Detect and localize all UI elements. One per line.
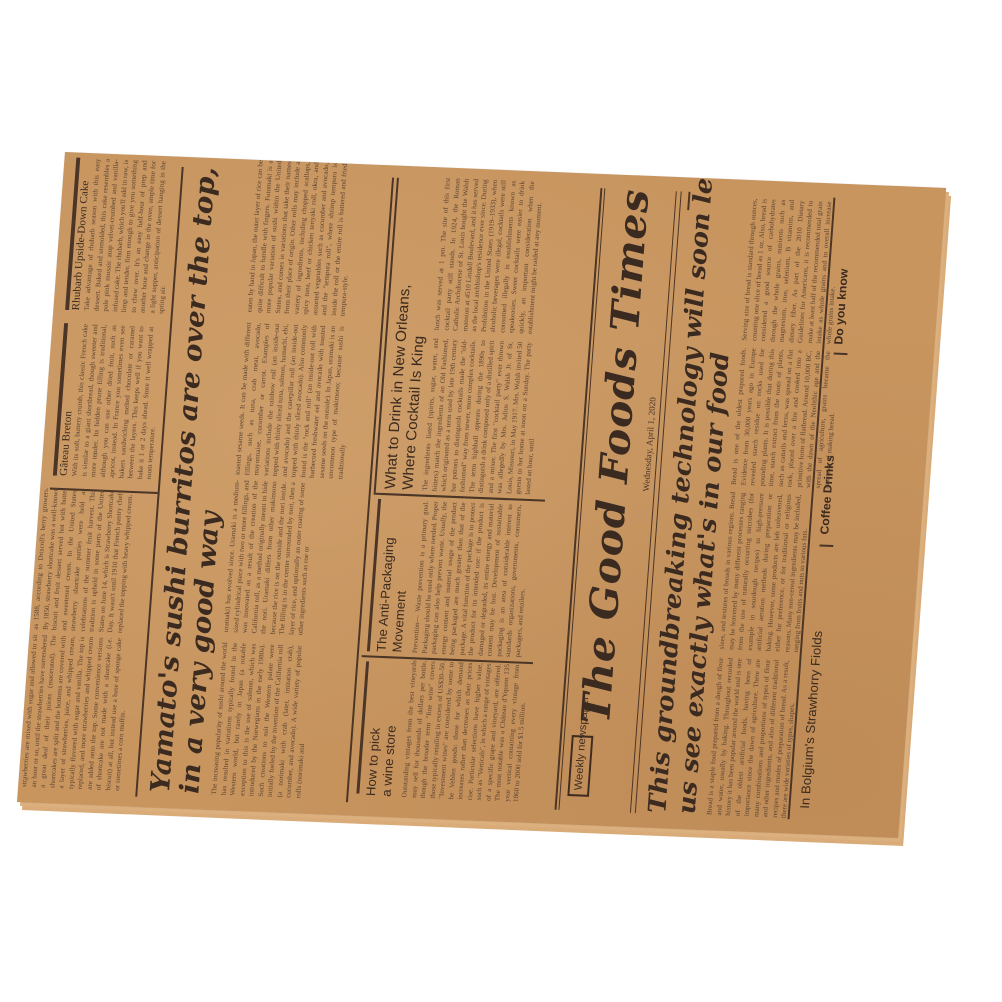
registration-mark: + bbox=[24, 774, 30, 784]
newspaper-print-sheet: Gâteau Breton With its soft, buttery cru… bbox=[17, 152, 946, 838]
bread-article-4: Serving size of bread is standard throug… bbox=[740, 198, 829, 343]
product-photo: Gâteau Breton With its soft, buttery cru… bbox=[0, 0, 1002, 1002]
shortcake-article-1: strawberries are mixed with sugar and al… bbox=[20, 634, 147, 791]
rhubarb-article: Take advantage of rhubarb season with th… bbox=[83, 158, 177, 314]
bread-article-1: Bread is a staple food prepared from a d… bbox=[705, 657, 795, 818]
sushi-article-4: uramaki) has evolved since. Uramaki is a… bbox=[222, 480, 302, 635]
wine-article: Outstanding vintages from the best viney… bbox=[400, 660, 528, 802]
strip-strawberry: In Bolgium's Strawhorry Fiolds bbox=[797, 631, 825, 809]
sushi-article-2: eaten by hand in Japan, the outer layer … bbox=[246, 160, 326, 315]
column-divider bbox=[346, 178, 394, 803]
packaging-article: Prevention— Waste prevention is a primar… bbox=[411, 501, 540, 658]
strip-divider bbox=[820, 544, 834, 546]
strip-do-you-know: Do you know bbox=[831, 268, 850, 344]
gateau-article: With its soft, buttery crumb, this class… bbox=[71, 324, 165, 480]
strip-divider bbox=[834, 353, 848, 355]
cocktail-article-2: lunch was served at 1 pm. The site of th… bbox=[433, 178, 542, 334]
shortcake-article-2: as 1588, according to Driscoll's berry g… bbox=[32, 487, 158, 634]
registration-mark: + bbox=[93, 449, 99, 459]
bread-article-3: Bread is one of the oldest prepared food… bbox=[730, 348, 818, 488]
sushi-article-3: The increasing popularity of sushi aroun… bbox=[210, 642, 290, 797]
weekly-newspaper-badge: Weekly newspaper bbox=[567, 735, 593, 797]
sushi-article-1: toasted sesame seeds. It can be made wit… bbox=[234, 322, 314, 477]
cocktail-article-1: The ingredients listed (spirits, sugar, … bbox=[421, 338, 530, 494]
packaging-headline-line2: Movement bbox=[389, 591, 409, 653]
bread-article-2: sizes, and textures of breads in various… bbox=[718, 492, 808, 653]
